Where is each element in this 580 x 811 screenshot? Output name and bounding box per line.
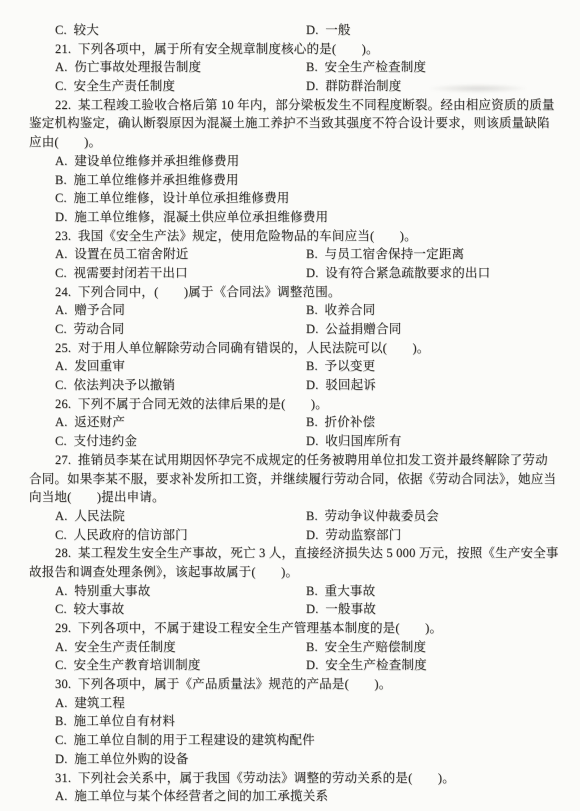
option-pair-line: A. 赠予合同B. 收养合同	[0, 301, 580, 320]
question-continuation-line: 故报告和调查处理条例》，该起事故属于( )。	[0, 563, 580, 582]
option-right: D. 收归国库所有	[306, 432, 401, 451]
option-pair-line: A. 人民法院B. 劳动争议仲裁委员会	[0, 507, 580, 526]
question-continuation-line: 合同。如果李某不服，要求补发所扣工资，并继续履行劳动合同，依据《劳动合同法》，她…	[0, 470, 580, 489]
option-left: C. 较大事故	[55, 600, 124, 619]
exam-text-body: C. 较大D. 一般21. 下列各项中，属于所有安全规章制度核心的是( )。A.…	[0, 21, 580, 806]
option-pair-line: C. 视需要封闭若干出口D. 设有符合紧急疏散要求的出口	[0, 264, 580, 283]
option-right: B. 折价补偿	[306, 413, 375, 432]
exam-page: C. 较大D. 一般21. 下列各项中，属于所有安全规章制度核心的是( )。A.…	[0, 0, 580, 811]
option-left: A. 发回重审	[55, 357, 125, 376]
option-pair-line: C. 安全生产教育培训制度D. 安全生产检查制度	[0, 656, 580, 675]
option-left: C. 安全生产责任制度	[55, 77, 175, 96]
option-right: B. 予以变更	[306, 357, 375, 376]
option-pair-line: C. 支付违约金D. 收归国库所有	[0, 432, 580, 451]
option-right: B. 劳动争议仲裁委员会	[306, 507, 439, 526]
question-line: 27. 推销员李某在试用期因怀孕完不成规定的任务被聘用单位扣发工资并最终解除了劳…	[0, 451, 580, 470]
question-line: 24. 下列合同中，( )属于《合同法》调整范围。	[0, 283, 580, 302]
option-pair-line: C. 较大D. 一般	[0, 21, 580, 40]
option-right: D. 安全生产检查制度	[306, 656, 427, 675]
question-line: 28. 某工程发生安全生产事故，死亡 3 人，直接经济损失达 5 000 万元，…	[0, 544, 580, 563]
option-pair-line: A. 设置在员工宿舍附近B. 与员工宿舍保持一定距离	[0, 245, 580, 264]
option-right: B. 与员工宿舍保持一定距离	[306, 245, 464, 264]
option-right: D. 设有符合紧急疏散要求的出口	[306, 264, 490, 283]
question-continuation-line: 向当地( )提出申请。	[0, 488, 580, 507]
question-line: 29. 下列各项中，不属于建设工程安全生产管理基本制度的是( )。	[0, 619, 580, 638]
question-line: 31. 下列社会关系中，属于我国《劳动法》调整的劳动关系的是( )。	[0, 769, 580, 788]
option-pair-line: A. 伤亡事故处理报告制度B. 安全生产检查制度	[0, 58, 580, 77]
option-line: C. 施工单位自制的用于工程建设的建筑构配件	[0, 731, 580, 750]
option-pair-line: A. 安全生产责任制度B. 安全生产赔偿制度	[0, 638, 580, 657]
option-left: A. 赠予合同	[55, 301, 125, 320]
option-right: D. 群防群治制度	[306, 77, 401, 96]
question-line: 26. 下列不属于合同无效的法律后果的是( )。	[0, 395, 580, 414]
option-line: B. 施工单位自有材料	[0, 712, 580, 731]
option-left: A. 人民法院	[55, 507, 125, 526]
option-line: B. 施工单位维修并承担维修费用	[0, 171, 580, 190]
option-line: A. 施工单位与某个体经营者之间的加工承揽关系	[0, 787, 580, 806]
option-right: B. 安全生产赔偿制度	[306, 638, 426, 657]
question-line: 23. 我国《安全生产法》规定，使用危险物品的车间应当( )。	[0, 227, 580, 246]
question-line: 30. 下列各项中，属于《产品质量法》规范的产品是( )。	[0, 675, 580, 694]
option-right: B. 安全生产检查制度	[306, 58, 426, 77]
option-left: C. 较大	[55, 21, 99, 40]
option-pair-line: C. 安全生产责任制度D. 群防群治制度	[0, 77, 580, 96]
option-line: A. 建筑工程	[0, 694, 580, 713]
option-right: D. 一般事故	[306, 600, 376, 619]
option-left: A. 安全生产责任制度	[55, 638, 176, 657]
option-pair-line: A. 返还财产B. 折价补偿	[0, 413, 580, 432]
option-right: B. 收养合同	[306, 301, 375, 320]
question-line: 25. 对于用人单位解除劳动合同确有错误的，人民法院可以( )。	[0, 339, 580, 358]
option-left: C. 视需要封闭若干出口	[55, 264, 188, 283]
option-right: B. 重大事故	[306, 582, 375, 601]
option-pair-line: A. 发回重审B. 予以变更	[0, 357, 580, 376]
option-line: D. 施工单位外购的设备	[0, 750, 580, 769]
option-line: C. 施工单位维修，设计单位承担维修费用	[0, 189, 580, 208]
option-left: A. 伤亡事故处理报告制度	[55, 58, 201, 77]
question-continuation-line: 鉴定机构鉴定，确认断裂原因为混凝土施工养护不当致其强度不符合设计要求，则该质量缺…	[0, 114, 580, 133]
option-left: A. 设置在员工宿舍附近	[55, 245, 189, 264]
option-pair-line: C. 劳动合同D. 公益捐赠合同	[0, 320, 580, 339]
option-pair-line: C. 较大事故D. 一般事故	[0, 600, 580, 619]
option-pair-line: C. 人民政府的信访部门D. 劳动监察部门	[0, 526, 580, 545]
option-pair-line: C. 依法判决予以撤销D. 驳回起诉	[0, 376, 580, 395]
option-right: D. 一般	[306, 21, 351, 40]
option-right: D. 公益捐赠合同	[306, 320, 401, 339]
option-left: A. 特别重大事故	[55, 582, 150, 601]
option-line: D. 施工单位维修，混凝土供应单位承担维修费用	[0, 208, 580, 227]
option-left: C. 依法判决予以撤销	[55, 376, 175, 395]
question-line: 21. 下列各项中，属于所有安全规章制度核心的是( )。	[0, 40, 580, 59]
option-right: D. 驳回起诉	[306, 376, 376, 395]
option-right: D. 劳动监察部门	[306, 526, 401, 545]
option-left: A. 返还财产	[55, 413, 125, 432]
option-left: C. 劳动合同	[55, 320, 124, 339]
option-pair-line: A. 特别重大事故B. 重大事故	[0, 582, 580, 601]
question-continuation-line: 应由( )。	[0, 133, 580, 152]
option-left: C. 安全生产教育培训制度	[55, 656, 201, 675]
option-left: C. 人民政府的信访部门	[55, 526, 188, 545]
option-line: A. 建设单位维修并承担维修费用	[0, 152, 580, 171]
option-left: C. 支付违约金	[55, 432, 137, 451]
question-line: 22. 某工程竣工验收合格后第 10 年内，部分梁板发生不同程度断裂。经由相应资…	[0, 96, 580, 115]
